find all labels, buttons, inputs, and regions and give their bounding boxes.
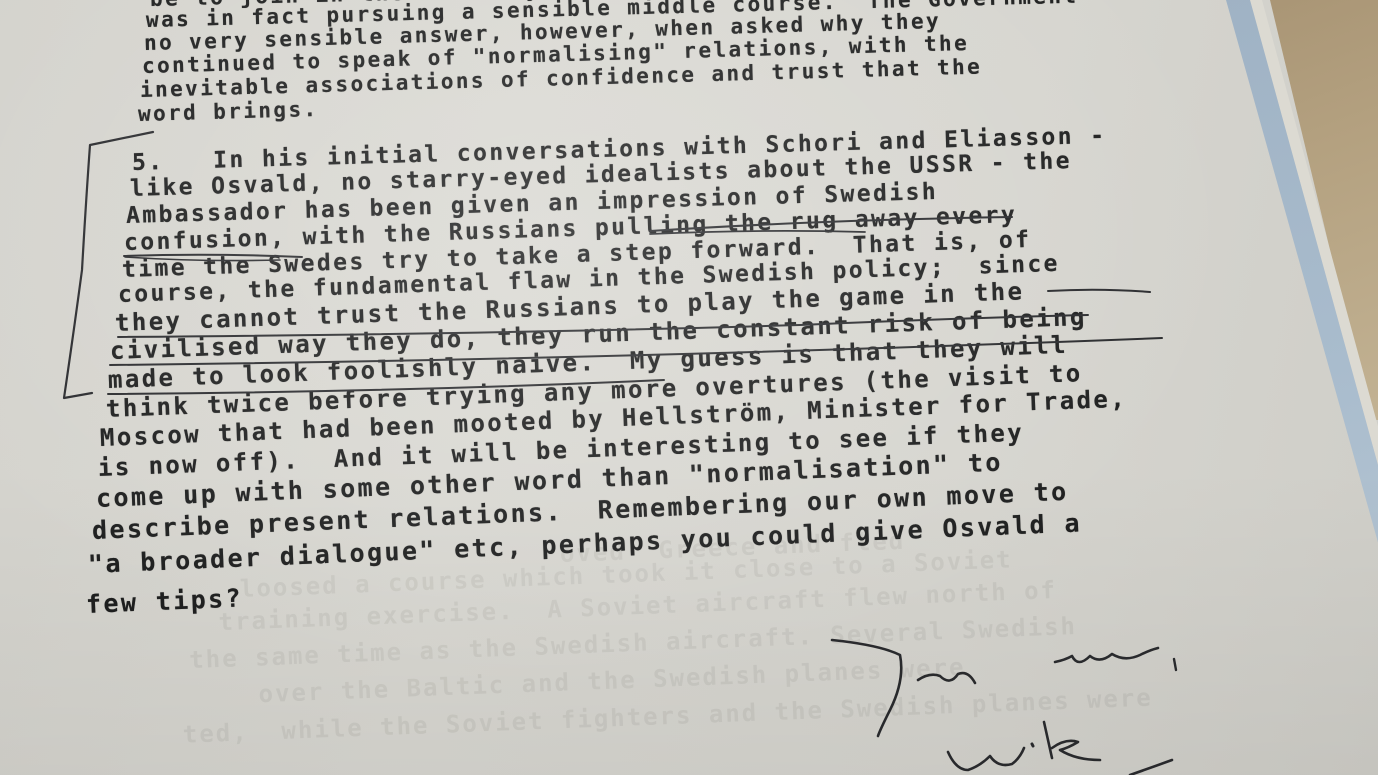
- typed-document: be to join in the media hysteria, implyi…: [0, 0, 1378, 775]
- paragraph-5-line: few tips?: [85, 583, 243, 619]
- photo-stage: oved Greece and fled loosed a course whi…: [0, 0, 1378, 775]
- text-line: word brings.: [138, 97, 319, 126]
